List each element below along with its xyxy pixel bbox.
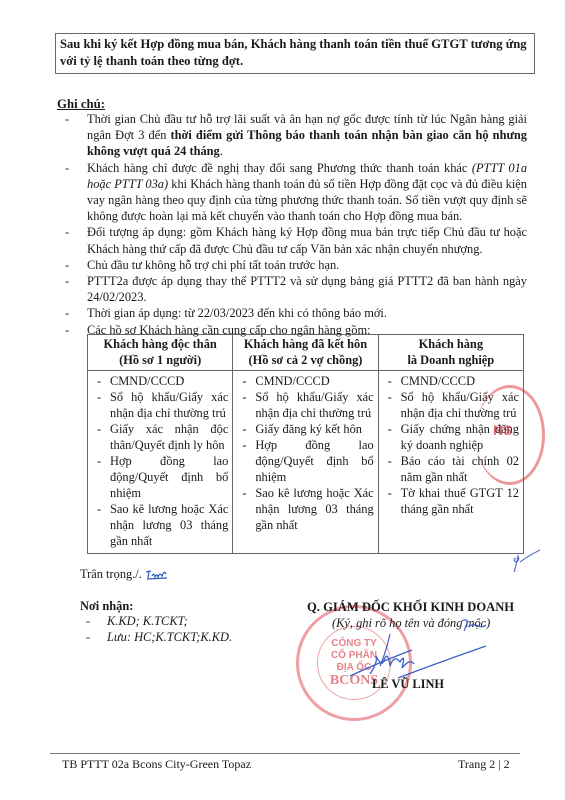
- footer-page-number: Trang 2 | 2: [458, 756, 510, 772]
- column-header: Khách hànglà Doanh nghiệp: [378, 335, 523, 371]
- vat-payment-note-box: Sau khi ký kết Hợp đồng mua bán, Khách h…: [55, 33, 535, 74]
- page-corner-initial-icon: [508, 548, 542, 574]
- column-header: Khách hàng đã kết hôn(Hồ sơ cả 2 vợ chồn…: [233, 335, 378, 371]
- list-item: Hợp đồng lao động/Quyết định bổ nhiệm: [236, 437, 373, 485]
- list-item: Sổ hộ khẩu/Giấy xác nhận địa chỉ thường …: [236, 389, 373, 421]
- signer-title: Q. GIÁM ĐỐC KHỐI KINH DOANH: [307, 599, 514, 615]
- vat-payment-note-text: Sau khi ký kết Hợp đồng mua bán, Khách h…: [60, 37, 527, 68]
- recipients-title: Nơi nhận:: [80, 598, 133, 614]
- list-item: Giấy đăng ký kết hôn: [236, 421, 373, 437]
- table-cell: CMND/CCCDSổ hộ khẩu/Giấy xác nhận địa ch…: [233, 371, 378, 554]
- recipient-item: K.KD; K.TCKT;: [82, 613, 232, 629]
- initial-mark-icon: [460, 617, 488, 633]
- column-header: Khách hàng độc thân(Hồ sơ 1 người): [88, 335, 233, 371]
- notes-title: Ghi chú:: [57, 96, 105, 112]
- recipient-item: Lưu: HC;K.TCKT;K.KD.: [82, 629, 232, 645]
- notes-list: Thời gian Chủ đầu tư hỗ trợ lãi suất và …: [57, 111, 527, 338]
- list-item: Sao kê lương hoặc Xác nhận lương 03 thán…: [91, 501, 228, 549]
- footer-divider: [50, 753, 520, 754]
- document-list: CMND/CCCDSổ hộ khẩu/Giấy xác nhận địa ch…: [236, 373, 373, 533]
- note-item: Đối tượng áp dụng: gồm Khách hàng ký Hợp…: [57, 224, 527, 256]
- table-header-row: Khách hàng độc thân(Hồ sơ 1 người)Khách …: [88, 335, 524, 371]
- note-item: Thời gian áp dụng: từ 22/03/2023 đến khi…: [57, 305, 527, 321]
- signer-name: LÊ VŨ LINH: [372, 676, 444, 692]
- document-list: CMND/CCCDSổ hộ khẩu/Giấy xác nhận địa ch…: [91, 373, 228, 549]
- list-item: CMND/CCCD: [236, 373, 373, 389]
- footer-document-name: TB PTTT 02a Bcons City-Green Topaz: [62, 756, 251, 772]
- handwritten-signature-icon: [340, 632, 490, 682]
- list-item: Sao kê lương hoặc Xác nhận lương 03 thán…: [236, 485, 373, 533]
- closing-text: Trân trọng./.: [80, 566, 169, 582]
- table-cell: CMND/CCCDSổ hộ khẩu/Giấy xác nhận địa ch…: [88, 371, 233, 554]
- initial-signature-icon: [145, 568, 169, 580]
- required-documents-table: Khách hàng độc thân(Hồ sơ 1 người)Khách …: [87, 334, 524, 554]
- list-item: Hợp đồng lao động/Quyết định bổ nhiệm: [91, 453, 228, 501]
- recipients-list: K.KD; K.TCKT; Lưu: HC;K.TCKT;K.KD.: [82, 613, 232, 645]
- list-item: Tờ khai thuế GTGT 12 tháng gần nhất: [382, 485, 519, 517]
- list-item: Sổ hộ khẩu/Giấy xác nhận địa chỉ thường …: [91, 389, 228, 421]
- table-row: CMND/CCCDSổ hộ khẩu/Giấy xác nhận địa ch…: [88, 371, 524, 554]
- note-item: Thời gian Chủ đầu tư hỗ trợ lãi suất và …: [57, 111, 527, 160]
- note-item: Chủ đầu tư không hỗ trợ chi phí tất toán…: [57, 257, 527, 273]
- note-item: PTTT2a được áp dụng thay thế PTTT2 và sử…: [57, 273, 527, 305]
- list-item: Giấy xác nhận độc thân/Quyết định ly hôn: [91, 421, 228, 453]
- page-edge-seal: NS: [475, 385, 545, 485]
- note-item: Khách hàng chỉ được đề nghị thay đổi san…: [57, 160, 527, 225]
- list-item: CMND/CCCD: [91, 373, 228, 389]
